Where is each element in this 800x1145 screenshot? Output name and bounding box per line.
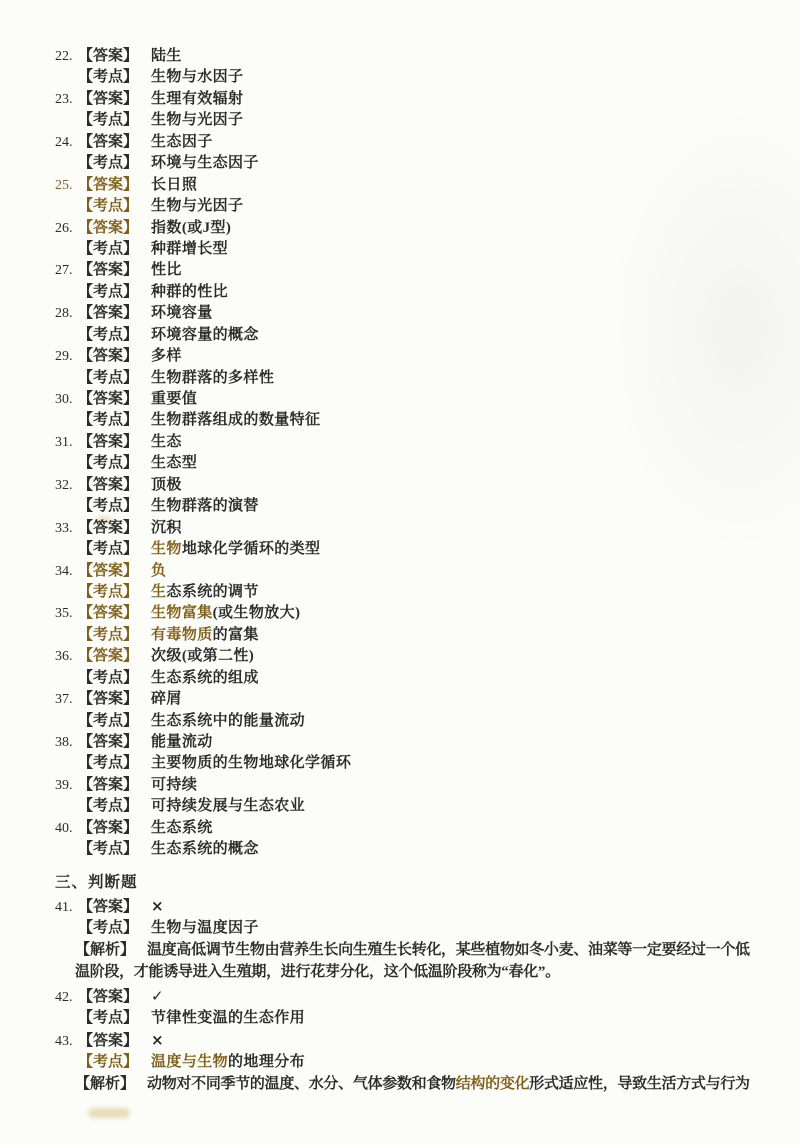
answer-label: 【答案】: [78, 1030, 138, 1052]
answer-label: 【答案】: [78, 689, 138, 710]
answer-key-content: 22.【答案】陆生【考点】生物与水因子23.【答案】生理有效辐射【考点】生物与光…: [0, 0, 800, 1097]
answer-row: 35.【答案】生物富集(或生物放大): [55, 603, 776, 624]
text-segment: 环境容量: [151, 305, 213, 321]
text-segment: 环境容量的概念: [151, 327, 259, 343]
item-number: 24.: [55, 132, 78, 153]
text-segment: 生态系统中的能量流动: [151, 713, 305, 729]
keypoint-value: 温度与生物的地理分布: [151, 1051, 305, 1073]
answer-label: 【答案】: [78, 432, 138, 453]
answer-label: 【答案】: [78, 132, 138, 153]
item-number: 25.: [55, 175, 78, 196]
item-number: 29.: [55, 346, 78, 367]
answer-row: 24.【答案】生态因子: [55, 132, 776, 153]
text-segment: 温度与生物: [151, 1054, 228, 1070]
keypoint-row: 【考点】生态系统的概念: [55, 839, 776, 860]
item-number: 23.: [55, 89, 78, 110]
answer-row: 40.【答案】生态系统: [55, 818, 776, 839]
analysis-text: 温阶段，才能诱导进入生殖期，进行花芽分化，这个低温阶段称为“春化”。: [75, 964, 560, 980]
item-number: 34.: [55, 561, 78, 582]
text-segment: 生物与光因子: [151, 112, 243, 128]
text-segment: 的富集: [213, 627, 259, 643]
text-segment: 生物群落组成的数量特征: [151, 412, 320, 428]
text-segment: 生态系统的组成: [151, 670, 259, 686]
answer-label: 【答案】: [78, 218, 138, 239]
keypoint-value: 生物群落的演替: [151, 496, 259, 517]
answer-value: 能量流动: [151, 732, 213, 753]
text-segment: 温度高低调节生物由营养生长向生殖生长转化，某些植物如冬小麦、油菜等一定要经过一个…: [147, 942, 750, 958]
item-number: 31.: [55, 432, 78, 453]
answer-value: 长日照: [151, 175, 197, 196]
text-segment: 碎屑: [151, 691, 182, 707]
item-number: 26.: [55, 218, 78, 239]
answer-row: 31.【答案】生态: [55, 432, 776, 453]
keypoint-label: 【考点】: [78, 496, 138, 517]
keypoint-row: 【考点】环境与生态因子: [55, 153, 776, 174]
text-segment: 生理有效辐射: [151, 91, 243, 107]
keypoint-row: 【考点】生物群落组成的数量特征: [55, 410, 776, 431]
keypoint-row: 【考点】温度与生物的地理分布: [55, 1051, 776, 1073]
text-segment: 负: [151, 563, 166, 579]
analysis-label: 【解析】: [75, 942, 135, 958]
keypoint-value: 生物群落组成的数量特征: [151, 410, 320, 431]
keypoint-value: 生物地球化学循环的类型: [151, 539, 320, 560]
keypoint-row: 【考点】生物与温度因子: [55, 917, 776, 939]
text-segment: 地球化学循环的类型: [182, 541, 321, 557]
scan-smudge: [88, 1108, 130, 1118]
answer-label: 【答案】: [78, 89, 138, 110]
keypoint-value: 节律性变温的生态作用: [151, 1007, 305, 1029]
text-segment: 种群增长型: [151, 241, 228, 257]
item-number: 30.: [55, 389, 78, 410]
keypoint-value: 主要物质的生物地球化学循环: [151, 753, 351, 774]
keypoint-label: 【考点】: [78, 239, 138, 260]
keypoint-value: 生态系统的概念: [151, 839, 259, 860]
answer-row: 30.【答案】重要值: [55, 389, 776, 410]
answer-row: 38.【答案】能量流动: [55, 732, 776, 753]
keypoint-label: 【考点】: [78, 282, 138, 303]
fill-answer-list: 22.【答案】陆生【考点】生物与水因子23.【答案】生理有效辐射【考点】生物与光…: [55, 46, 776, 861]
keypoint-value: 可持续发展与生态农业: [151, 796, 305, 817]
answer-label: 【答案】: [78, 260, 138, 281]
answer-value: 生态因子: [151, 132, 213, 153]
item-number: 42.: [55, 987, 78, 1009]
keypoint-value: 生态系统的调节: [151, 582, 259, 603]
answer-row: 25.【答案】长日照: [55, 175, 776, 196]
text-segment: 可持续发展与生态农业: [151, 798, 305, 814]
keypoint-row: 【考点】生态系统的组成: [55, 668, 776, 689]
item-number: 27.: [55, 260, 78, 281]
keypoint-label: 【考点】: [78, 67, 138, 88]
text-segment: 沉积: [151, 520, 182, 536]
answer-value: 多样: [151, 346, 182, 367]
text-segment: ✓: [151, 987, 164, 1005]
item-number: 39.: [55, 775, 78, 796]
item-number: 32.: [55, 475, 78, 496]
text-segment: ×: [151, 897, 164, 915]
answer-label: 【答案】: [78, 603, 138, 624]
answer-value: 生态: [151, 432, 182, 453]
answer-value: 顶极: [151, 475, 182, 496]
keypoint-row: 【考点】生物群落的演替: [55, 496, 776, 517]
keypoint-label: 【考点】: [78, 1007, 138, 1029]
answer-label: 【答案】: [78, 475, 138, 496]
keypoint-label: 【考点】: [78, 711, 138, 732]
answer-row: 39.【答案】可持续: [55, 775, 776, 796]
keypoint-value: 生物与水因子: [151, 67, 243, 88]
answer-label: 【答案】: [78, 818, 138, 839]
text-segment: 温阶段，才能诱导进入生殖期，进行花芽分化，这个低温阶段称为“春化”。: [75, 964, 560, 980]
text-segment: 生物富集: [151, 605, 213, 621]
keypoint-label: 【考点】: [78, 796, 138, 817]
keypoint-row: 【考点】环境容量的概念: [55, 325, 776, 346]
answer-label: 【答案】: [78, 46, 138, 67]
answer-value: 可持续: [151, 775, 197, 796]
keypoint-label: 【考点】: [78, 839, 138, 860]
item-number: 36.: [55, 646, 78, 667]
keypoint-row: 【考点】节律性变温的生态作用: [55, 1007, 776, 1029]
item-number: 33.: [55, 518, 78, 539]
answer-value: 性比: [151, 260, 182, 281]
analysis-text: 温度高低调节生物由营养生长向生殖生长转化，某些植物如冬小麦、油菜等一定要经过一个…: [147, 942, 750, 958]
answer-value: 负: [151, 561, 166, 582]
answer-row: 22.【答案】陆生: [55, 46, 776, 67]
text-segment: 生物与温度因子: [151, 920, 259, 936]
text-segment: 性比: [151, 262, 182, 278]
keypoint-label: 【考点】: [78, 917, 138, 939]
text-segment: 重要值: [151, 391, 197, 407]
keypoint-label: 【考点】: [78, 325, 138, 346]
keypoint-row: 【考点】主要物质的生物地球化学循环: [55, 753, 776, 774]
text-segment: 生物群落的演替: [151, 498, 259, 514]
text-segment: (或生物放大): [213, 605, 301, 621]
answer-label: 【答案】: [78, 646, 138, 667]
item-number: 37.: [55, 689, 78, 710]
keypoint-label: 【考点】: [78, 368, 138, 389]
keypoint-row: 【考点】生物与水因子: [55, 67, 776, 88]
answer-row: 42.【答案】✓: [55, 985, 776, 1007]
keypoint-row: 【考点】种群的性比: [55, 282, 776, 303]
keypoint-row: 【考点】生物地球化学循环的类型: [55, 539, 776, 560]
text-segment: 主要物质的生物地球化学循环: [151, 755, 351, 771]
answer-value: ×: [151, 895, 164, 918]
item-number: 38.: [55, 732, 78, 753]
keypoint-row: 【考点】生物与光因子: [55, 196, 776, 217]
keypoint-value: 生物与光因子: [151, 196, 243, 217]
text-segment: 生物与水因子: [151, 69, 243, 85]
keypoint-label: 【考点】: [78, 453, 138, 474]
item-number: 40.: [55, 818, 78, 839]
answer-label: 【答案】: [78, 303, 138, 324]
keypoint-label: 【考点】: [78, 668, 138, 689]
text-segment: 能量流动: [151, 734, 213, 750]
text-segment: 动物对不同季节的温度、水分、气体参数和食物: [147, 1076, 456, 1092]
text-segment: 环境与生态因子: [151, 155, 259, 171]
analysis-row: 【解析】动物对不同季节的温度、水分、气体参数和食物结构的变化形式适应性，导致生活…: [75, 1073, 776, 1095]
keypoint-value: 生态系统中的能量流动: [151, 711, 305, 732]
text-segment: ×: [151, 1031, 164, 1049]
keypoint-value: 种群增长型: [151, 239, 228, 260]
keypoint-value: 环境与生态因子: [151, 153, 259, 174]
analysis-row: 【解析】温度高低调节生物由营养生长向生殖生长转化，某些植物如冬小麦、油菜等一定要…: [75, 939, 776, 983]
keypoint-row: 【考点】生态系统的调节: [55, 582, 776, 603]
answer-row: 29.【答案】多样: [55, 346, 776, 367]
keypoint-row: 【考点】有毒物质的富集: [55, 625, 776, 646]
answer-row: 33.【答案】沉积: [55, 518, 776, 539]
keypoint-value: 种群的性比: [151, 282, 228, 303]
answer-value: 生理有效辐射: [151, 89, 243, 110]
answer-label: 【答案】: [78, 732, 138, 753]
answer-row: 28.【答案】环境容量: [55, 303, 776, 324]
text-segment: 可持续: [151, 777, 197, 793]
text-segment: 形式适应性，导致生活方式与行为: [529, 1076, 750, 1092]
text-segment: 节律性变温的生态作用: [151, 1010, 305, 1026]
answer-value: 陆生: [151, 46, 182, 67]
keypoint-label: 【考点】: [78, 196, 138, 217]
answer-row: 26.【答案】指数(或J型): [55, 218, 776, 239]
answer-value: 次级(或第二性): [151, 646, 254, 667]
text-segment: 生: [151, 584, 166, 600]
answer-row: 34.【答案】负: [55, 561, 776, 582]
answer-row: 36.【答案】次级(或第二性): [55, 646, 776, 667]
text-segment: 的地理分布: [228, 1054, 305, 1070]
answer-label: 【答案】: [78, 389, 138, 410]
keypoint-value: 生物与温度因子: [151, 917, 259, 939]
keypoint-label: 【考点】: [78, 539, 138, 560]
answer-label: 【答案】: [78, 518, 138, 539]
keypoint-value: 生物群落的多样性: [151, 368, 274, 389]
text-segment: 次级(或第二性): [151, 648, 254, 664]
answer-label: 【答案】: [78, 346, 138, 367]
text-segment: 态系统的调节: [166, 584, 258, 600]
answer-value: 重要值: [151, 389, 197, 410]
keypoint-label: 【考点】: [78, 625, 138, 646]
judge-answer-list: 41.【答案】×【考点】生物与温度因子【解析】温度高低调节生物由营养生长向生殖生…: [55, 895, 776, 1095]
keypoint-row: 【考点】生态型: [55, 453, 776, 474]
item-number: 28.: [55, 303, 78, 324]
keypoint-label: 【考点】: [78, 753, 138, 774]
answer-value: ×: [151, 1029, 164, 1052]
text-segment: 指数(或J型): [151, 220, 231, 236]
answer-value: 环境容量: [151, 303, 213, 324]
scanned-document-page: 22.【答案】陆生【考点】生物与水因子23.【答案】生理有效辐射【考点】生物与光…: [0, 0, 800, 1145]
answer-label: 【答案】: [78, 986, 138, 1008]
answer-row: 41.【答案】×: [55, 895, 776, 917]
analysis-label: 【解析】: [75, 1076, 135, 1092]
answer-row: 32.【答案】顶极: [55, 475, 776, 496]
item-number: 43.: [55, 1031, 78, 1053]
text-segment: 生态型: [151, 455, 197, 471]
text-segment: 长日照: [151, 177, 197, 193]
text-segment: 结构的变化: [456, 1076, 530, 1092]
text-segment: 种群的性比: [151, 284, 228, 300]
answer-label: 【答案】: [78, 896, 138, 918]
answer-label: 【答案】: [78, 775, 138, 796]
answer-value: 生态系统: [151, 818, 213, 839]
keypoint-value: 生态型: [151, 453, 197, 474]
keypoint-label: 【考点】: [78, 410, 138, 431]
text-segment: 生物: [151, 541, 182, 557]
item-number: 41.: [55, 897, 78, 919]
keypoint-label: 【考点】: [78, 153, 138, 174]
text-segment: 生态因子: [151, 134, 213, 150]
answer-row: 37.【答案】碎屑: [55, 689, 776, 710]
text-segment: 生态系统的概念: [151, 841, 259, 857]
text-segment: 有毒物质: [151, 627, 213, 643]
answer-value: 生物富集(或生物放大): [151, 603, 300, 624]
text-segment: 顶极: [151, 477, 182, 493]
section-heading: 三、判断题: [55, 871, 776, 895]
keypoint-row: 【考点】可持续发展与生态农业: [55, 796, 776, 817]
answer-row: 43.【答案】×: [55, 1029, 776, 1051]
text-segment: 陆生: [151, 48, 182, 64]
answer-value: 沉积: [151, 518, 182, 539]
keypoint-label: 【考点】: [78, 582, 138, 603]
text-segment: 生物群落的多样性: [151, 370, 274, 386]
answer-value: ✓: [151, 985, 164, 1008]
keypoint-row: 【考点】生物与光因子: [55, 110, 776, 131]
text-segment: 生态系统: [151, 820, 213, 836]
keypoint-value: 环境容量的概念: [151, 325, 259, 346]
keypoint-value: 生态系统的组成: [151, 668, 259, 689]
keypoint-value: 有毒物质的富集: [151, 625, 259, 646]
keypoint-label: 【考点】: [78, 1051, 138, 1073]
item-number: 35.: [55, 603, 78, 624]
text-segment: 多样: [151, 348, 182, 364]
keypoint-row: 【考点】种群增长型: [55, 239, 776, 260]
answer-label: 【答案】: [78, 561, 138, 582]
keypoint-label: 【考点】: [78, 110, 138, 131]
answer-value: 碎屑: [151, 689, 182, 710]
keypoint-row: 【考点】生态系统中的能量流动: [55, 711, 776, 732]
analysis-text: 动物对不同季节的温度、水分、气体参数和食物结构的变化形式适应性，导致生活方式与行…: [147, 1076, 750, 1092]
answer-row: 27.【答案】性比: [55, 260, 776, 281]
answer-row: 23.【答案】生理有效辐射: [55, 89, 776, 110]
keypoint-row: 【考点】生物群落的多样性: [55, 368, 776, 389]
keypoint-value: 生物与光因子: [151, 110, 243, 131]
text-segment: 生物与光因子: [151, 198, 243, 214]
item-number: 22.: [55, 46, 78, 67]
answer-value: 指数(或J型): [151, 218, 231, 239]
answer-label: 【答案】: [78, 175, 138, 196]
text-segment: 生态: [151, 434, 182, 450]
